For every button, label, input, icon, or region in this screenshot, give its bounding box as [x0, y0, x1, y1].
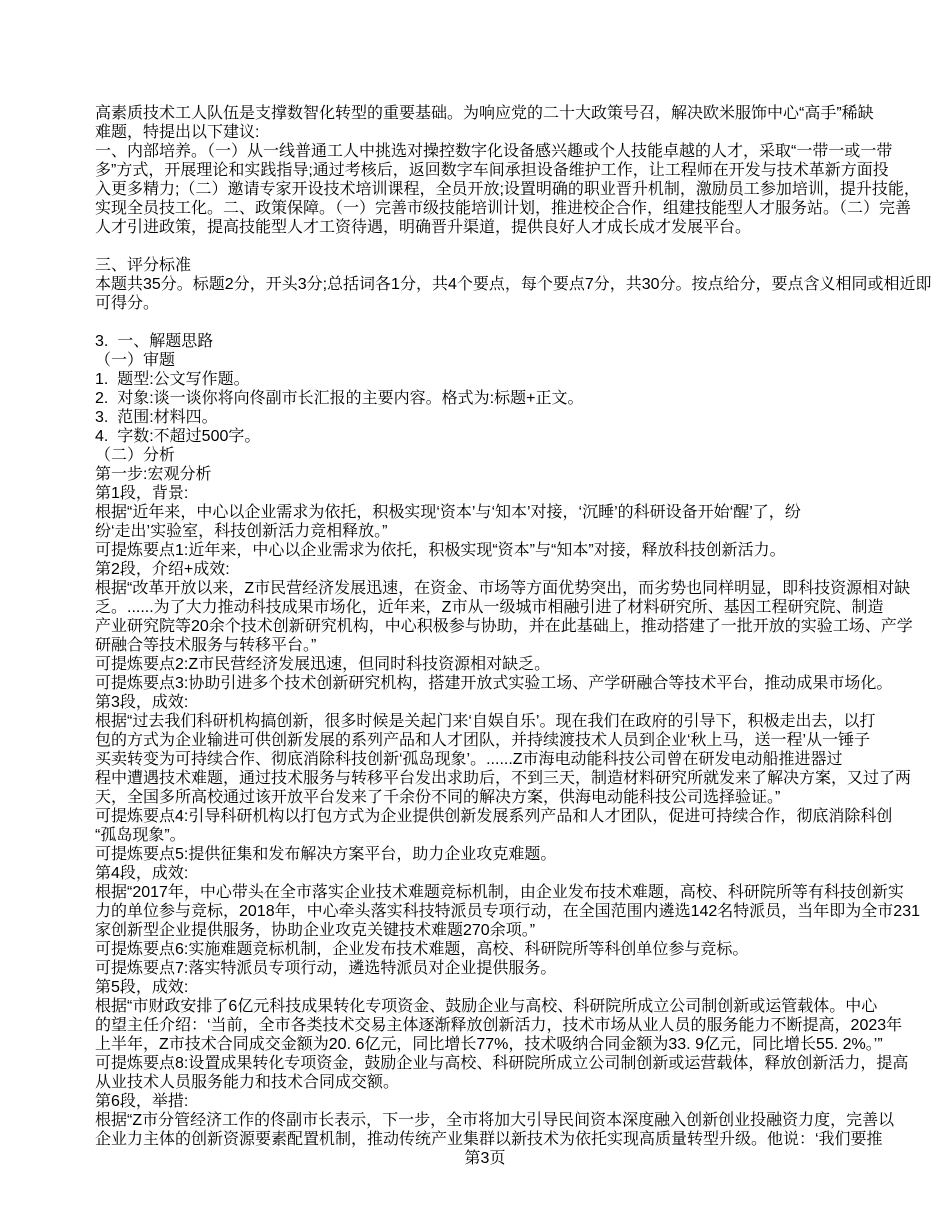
text-line: 第1段，背景: — [95, 484, 875, 503]
blank-line — [95, 237, 875, 256]
text-line: 三、评分标准 — [95, 256, 875, 275]
text-line: 3. 一、解题思路 — [95, 332, 875, 351]
text-line: 高素质技术工人队伍是支撑数智化转型的重要基础。为响应党的二十大政策号召，解决欧米… — [95, 104, 875, 123]
text-line: 根据“2017年，中心带头在全市落实企业技术难题竞标机制，由企业发布技术难题，高… — [95, 883, 875, 902]
text-line: 力的单位参与竞标，2018年，中心牵头落实科技特派员专项行动，在全国范围内遴选1… — [95, 902, 875, 921]
text-line: 根据“过去我们科研机构搞创新，很多时候是关起门来‘自娱自乐’。现在我们在政府的引… — [95, 712, 875, 731]
text-line: 可提炼要点6:实施难题竞标机制，企业发布技术难题，高校、科研院所等科创单位参与竞… — [95, 940, 875, 959]
text-line: 企业力主体的创新资源要素配置机制，推动传统产业集群以新技术为依托实现高质量转型升… — [95, 1130, 875, 1149]
text-line: 家创新型企业提供服务，协助企业攻克关键技术难题270余项。” — [95, 921, 875, 940]
text-line: 第一步:宏观分析 — [95, 465, 875, 484]
text-line: 第3段，成效: — [95, 693, 875, 712]
text-line: 纷‘走出’实验室，科技创新活力竞相释放。” — [95, 522, 875, 541]
text-line: 买卖转变为可持续合作、彻底消除科技创新‘孤岛现象’。......Z市海电动能科技… — [95, 750, 875, 769]
text-line: 从业技术人员服务能力和技术合同成交额。 — [95, 1073, 875, 1092]
document-body: 高素质技术工人队伍是支撑数智化转型的重要基础。为响应党的二十大政策号召，解决欧米… — [95, 104, 875, 1168]
text-line: 可提炼要点5:提供征集和发布解决方案平台，助力企业攻克难题。 — [95, 845, 875, 864]
text-line: 4. 字数:不超过500字。 — [95, 427, 875, 446]
text-line: 多”方式，开展理论和实践指导;通过考核后，返回数字车间承担设备维护工作，让工程师… — [95, 161, 875, 180]
text-line: 程中遭遇技术难题，通过技术服务与转移平台发出求助后，不到三天，制造材料研究所就发… — [95, 769, 875, 788]
blank-line — [95, 313, 875, 332]
text-line: 难题，特提出以下建议: — [95, 123, 875, 142]
text-line: 第2段，介绍+成效: — [95, 560, 875, 579]
text-line: 本题共35分。标题2分，开头3分;总括词各1分，共4个要点，每个要点7分，共30… — [95, 275, 875, 294]
text-line: 可提炼要点4:引导科研机构以打包方式为企业提供创新发展系列产品和人才团队，促进可… — [95, 807, 875, 826]
text-line: 研融合等技术服务与转移平台。” — [95, 636, 875, 655]
text-line: 根据“改革开放以来，Z市民营经济发展迅速，在资金、市场等方面优势突出，而劣势也同… — [95, 579, 875, 598]
text-line: 上半年，Z市技术合同成交金额为20. 6亿元，同比增长77%，技术吸纳合同金额为… — [95, 1035, 875, 1054]
text-line: 可提炼要点3:协助引进多个技术创新研究机构，搭建开放式实验工场、产学研融合等技术… — [95, 674, 875, 693]
page-number: 第3页 — [95, 1149, 875, 1168]
document-page: 高素质技术工人队伍是支撑数智化转型的重要基础。为响应党的二十大政策号召，解决欧米… — [0, 0, 950, 1230]
text-line: 根据“市财政安排了6亿元科技成果转化专项资金、鼓励企业与高校、科研院所成立公司制… — [95, 997, 875, 1016]
text-line: （一）审题 — [95, 351, 875, 370]
text-line: 根据“Z市分管经济工作的佟副市长表示，下一步，全市将加大引导民间资本深度融入创新… — [95, 1111, 875, 1130]
text-line: 入更多精力;（二）邀请专家开设技术培训课程，全员开放;设置明确的职业晋升机制，激… — [95, 180, 875, 199]
text-line: 人才引进政策，提高技能型人才工资待遇，明确晋升渠道，提供良好人才成长成才发展平台… — [95, 218, 875, 237]
text-line: 产业研究院等20余个技术创新研究机构，中心积极参与协助，并在此基础上，推动搭建了… — [95, 617, 875, 636]
text-line: （二）分析 — [95, 446, 875, 465]
text-line: 2. 对象:谈一谈你将向佟副市长汇报的主要内容。格式为:标题+正文。 — [95, 389, 875, 408]
text-lines-container: 高素质技术工人队伍是支撑数智化转型的重要基础。为响应党的二十大政策号召，解决欧米… — [95, 104, 875, 1149]
text-line: 天，全国多所高校通过该开放平台发来了千余份不同的解决方案，供海电动能科技公司选择… — [95, 788, 875, 807]
text-line: 可提炼要点8:设置成果转化专项资金，鼓励企业与高校、科研院所成立公司制创新或运营… — [95, 1054, 875, 1073]
text-line: 第4段，成效: — [95, 864, 875, 883]
text-line: 第5段，成效: — [95, 978, 875, 997]
text-line: 根据“近年来，中心以企业需求为依托，积极实现‘资本’与‘知本’对接，‘沉睡’的科… — [95, 503, 875, 522]
text-line: 的望主任介绍：‘当前，全市各类技术交易主体逐渐释放创新活力，技术市场从业人员的服… — [95, 1016, 875, 1035]
text-line: 3. 范围:材料四。 — [95, 408, 875, 427]
text-line: 第6段，举措: — [95, 1092, 875, 1111]
text-line: 乏。......为了大力推动科技成果市场化，近年来，Z市从一级城市相融引进了材料… — [95, 598, 875, 617]
text-line: 可得分。 — [95, 294, 875, 313]
text-line: 可提炼要点1:近年来，中心以企业需求为依托，积极实现“资本”与“知本”对接，释放… — [95, 541, 875, 560]
text-line: “孤岛现象”。 — [95, 826, 875, 845]
text-line: 实现全员技工化。二、政策保障。（一）完善市级技能培训计划，推进校企合作，组建技能… — [95, 199, 875, 218]
text-line: 一、内部培养。（一）从一线普通工人中挑选对操控数字化设备感兴趣或个人技能卓越的人… — [95, 142, 875, 161]
text-line: 可提炼要点2:Z市民营经济发展迅速，但同时科技资源相对缺乏。 — [95, 655, 875, 674]
text-line: 可提炼要点7:落实特派员专项行动，遴选特派员对企业提供服务。 — [95, 959, 875, 978]
text-line: 包的方式为企业输进可供创新发展的系列产品和人才团队，并持续渡技术人员到企业‘秋上… — [95, 731, 875, 750]
text-line: 1. 题型:公文写作题。 — [95, 370, 875, 389]
